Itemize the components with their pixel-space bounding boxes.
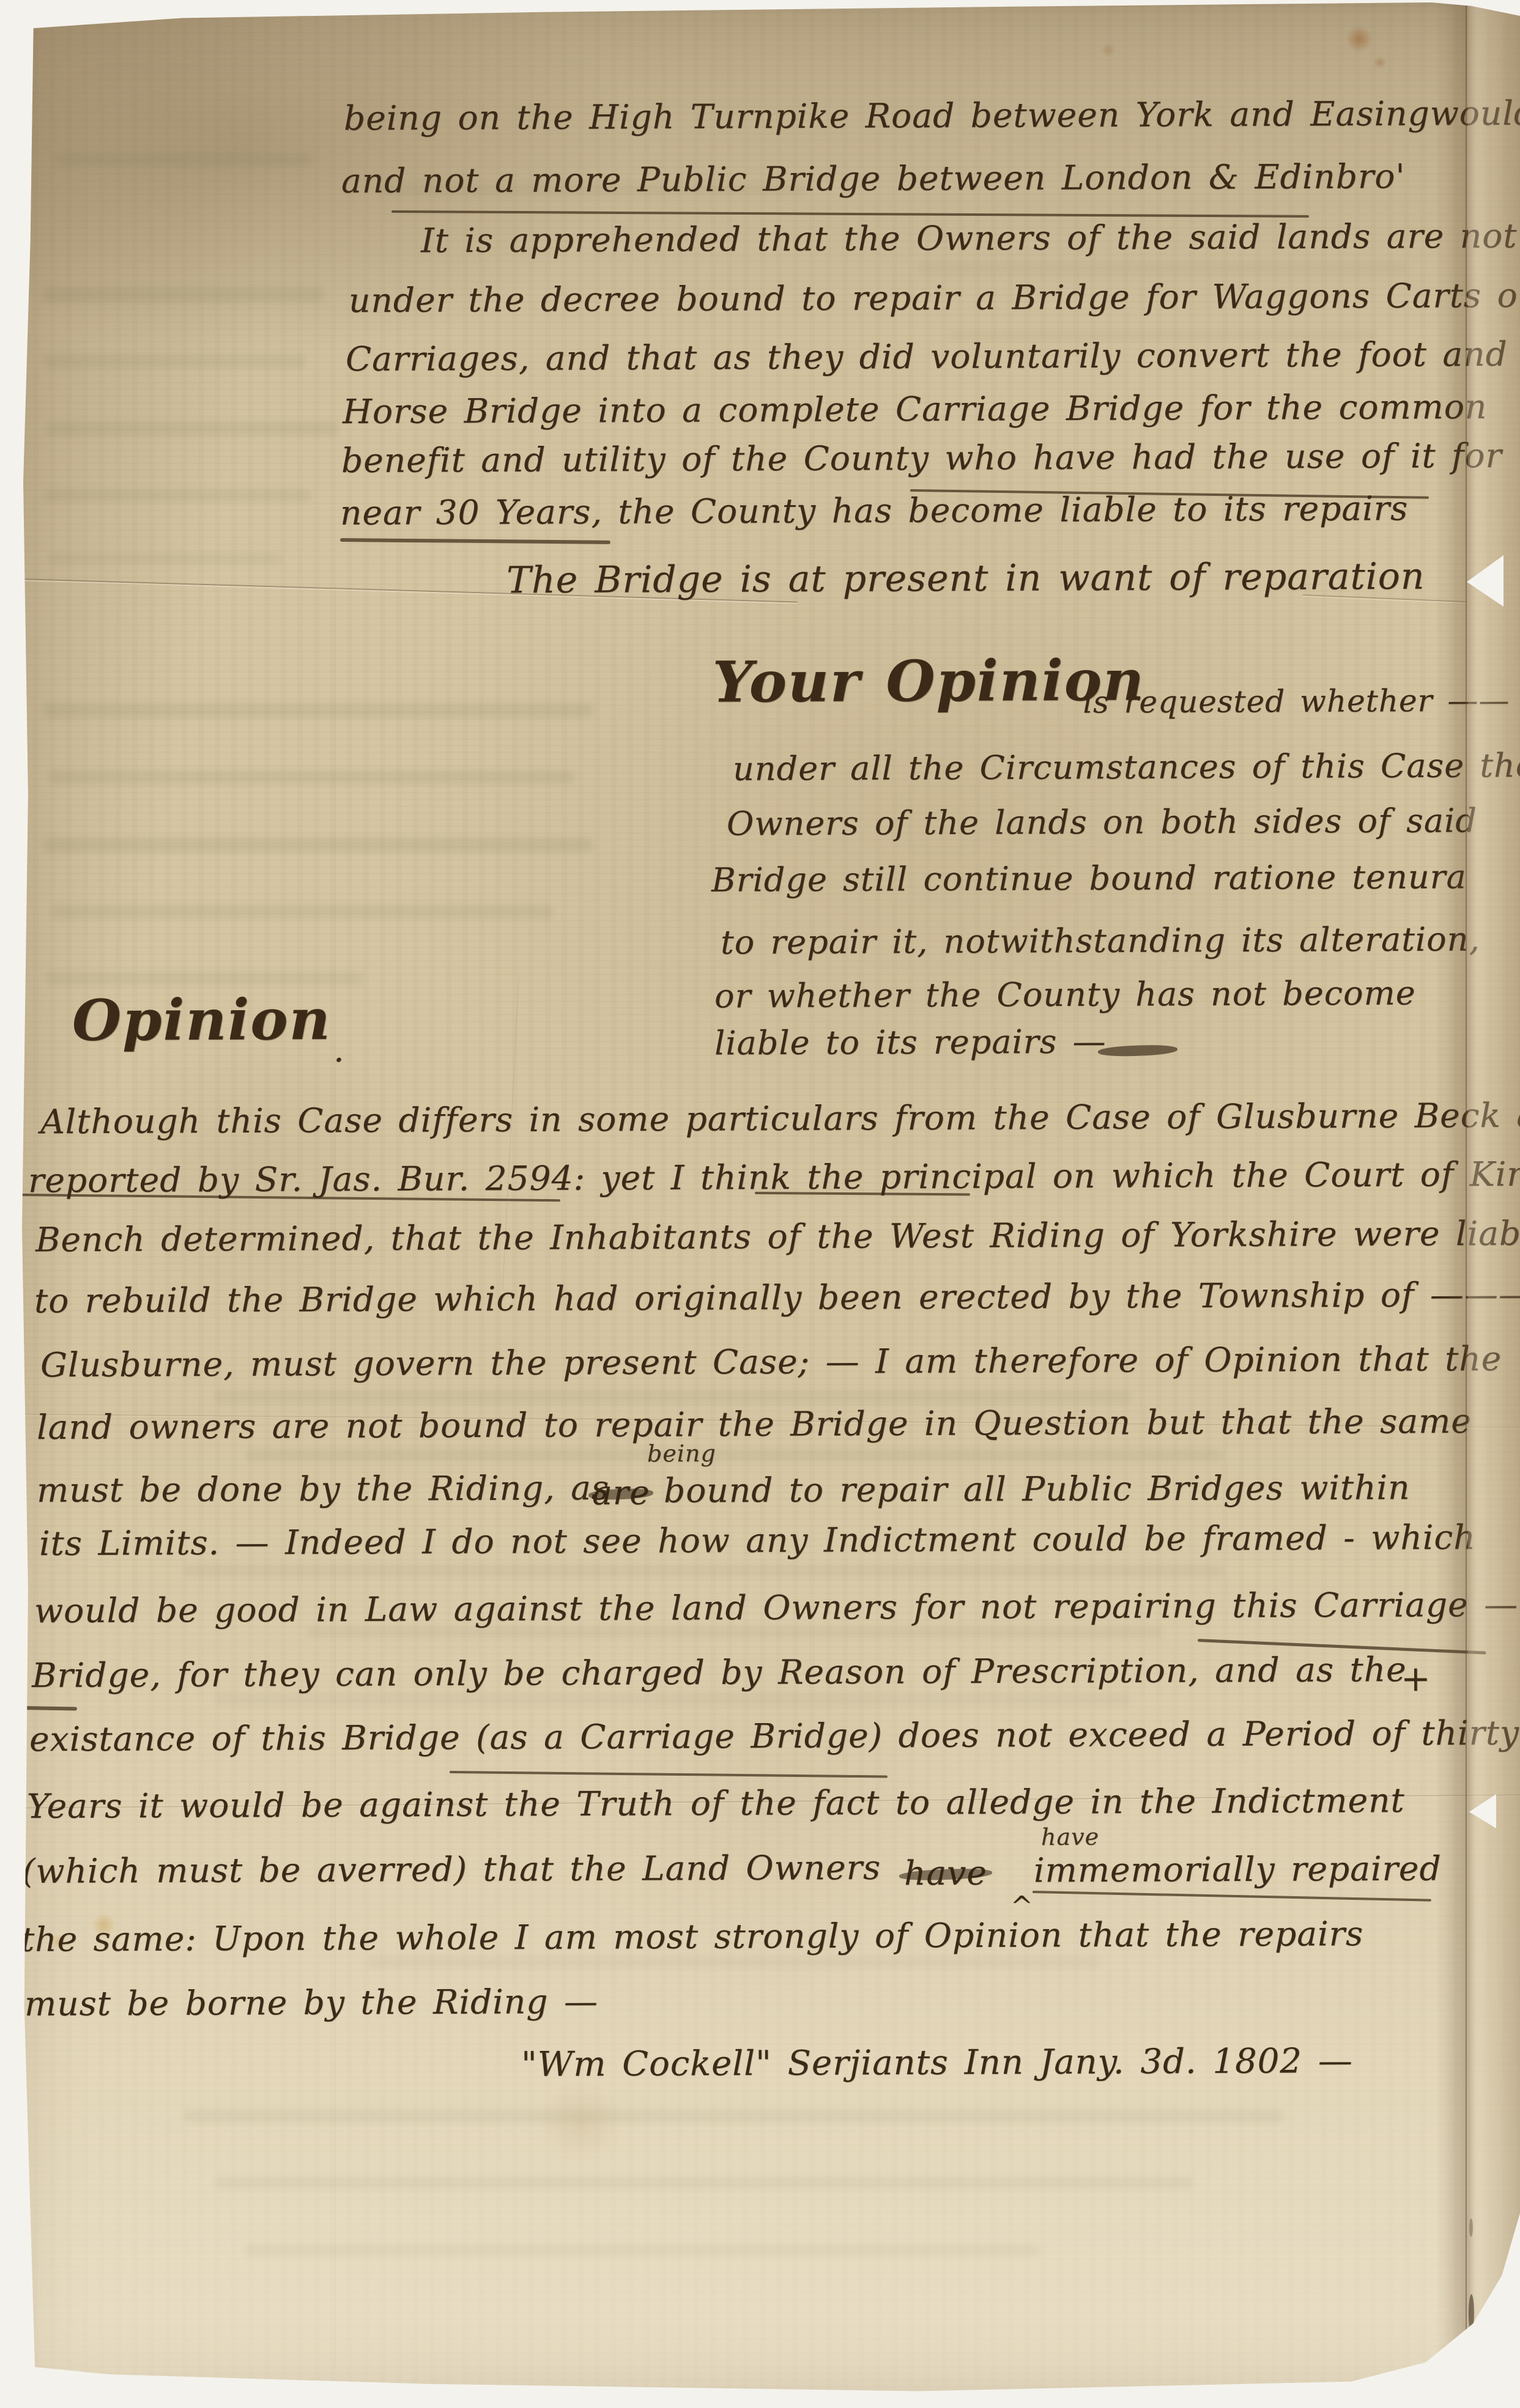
manuscript-line: under the decree bound to repair a Bridg… bbox=[349, 279, 1520, 317]
manuscript-line: Bridge still continue bound ratione tenu… bbox=[711, 860, 1467, 896]
manuscript-line: Carriages, and that as they did voluntar… bbox=[346, 338, 1508, 376]
manuscript-line: . bbox=[333, 1033, 345, 1067]
fold-tear-mark bbox=[1469, 2294, 1474, 2332]
manuscript-line: Although this Case differs in some parti… bbox=[40, 1099, 1520, 1139]
manuscript-line: Bridge, for they can only be charged by … bbox=[32, 1653, 1407, 1693]
manuscript-text-layer: being on the High Turnpike Road between … bbox=[0, 0, 1520, 2408]
inserted-word: have bbox=[1041, 1825, 1099, 1848]
manuscript-line: Years it would be against the Truth of t… bbox=[27, 1784, 1405, 1823]
right-fold-line bbox=[1466, 4, 1468, 2382]
fold-tear-mark bbox=[1469, 2218, 1473, 2237]
manuscript-line: The Bridge is at present in want of repa… bbox=[506, 558, 1425, 599]
manuscript-line: to repair it, notwithstanding its altera… bbox=[721, 923, 1480, 959]
right-fold-shadow bbox=[1437, 0, 1467, 2408]
manuscript-line: its Limits. — Indeed I do not see how an… bbox=[39, 1521, 1476, 1560]
manuscript-line: land owners are not bound to repair the … bbox=[37, 1405, 1472, 1444]
opinion-heading: Opinion bbox=[72, 991, 332, 1049]
manuscript-line: (which must be averred) that the Land Ow… bbox=[22, 1851, 881, 1888]
manuscript-line: being on the High Turnpike Road between … bbox=[344, 97, 1520, 136]
manuscript-line: must be done by the Riding, as bbox=[37, 1471, 609, 1507]
photo-backdrop: being on the High Turnpike Road between … bbox=[0, 0, 1520, 2408]
manuscript-line: must be borne by the Riding — bbox=[24, 1985, 598, 2021]
manuscript-line: under all the Circumstances of this Case… bbox=[733, 749, 1520, 786]
manuscript-line: liable to its repairs — bbox=[714, 1025, 1107, 1060]
manuscript-line: and not a more Public Bridge between Lon… bbox=[341, 160, 1406, 198]
manuscript-line: near 30 Years, the County has become lia… bbox=[340, 492, 1408, 530]
manuscript-line: would be good in Law against the land Ow… bbox=[34, 1588, 1518, 1628]
right-fold-strip bbox=[1468, 0, 1520, 2408]
manuscript-line: immemorially repaired bbox=[1034, 1852, 1442, 1888]
manuscript-line: Owners of the lands on both sides of sai… bbox=[727, 804, 1477, 840]
signature-line: "Wm Cockell" Serjiants Inn Jany. 3d. 180… bbox=[521, 2044, 1353, 2082]
struck-word: are bbox=[592, 1476, 650, 1510]
your-opinion-heading: Your Opinion bbox=[713, 652, 1145, 710]
manuscript-line: Horse Bridge into a complete Carriage Br… bbox=[343, 390, 1488, 429]
inserted-word: being bbox=[647, 1442, 716, 1465]
manuscript-line: benefit and utility of the County who ha… bbox=[341, 439, 1502, 478]
manuscript-line: or whether the County has not become bbox=[714, 977, 1416, 1013]
manuscript-line: bound to repair all Public Bridges withi… bbox=[664, 1471, 1411, 1507]
manuscript-line: the same: Upon the whole I am most stron… bbox=[21, 1917, 1363, 1957]
struck-word: have bbox=[904, 1856, 987, 1891]
manuscript-line: reported by Sr. Jas. Bur. 2594: yet I th… bbox=[28, 1157, 1520, 1197]
plus-mark: + bbox=[1401, 1661, 1431, 1696]
paper: being on the High Turnpike Road between … bbox=[0, 0, 1520, 2408]
manuscript-line: existance of this Bridge (as a Carriage … bbox=[29, 1716, 1519, 1757]
manuscript-line: Glusburne, must govern the present Case;… bbox=[40, 1342, 1502, 1382]
manuscript-line: Bench determined, that the Inhabitants o… bbox=[35, 1217, 1520, 1257]
manuscript-line: to rebuild the Bridge which had original… bbox=[34, 1278, 1520, 1318]
manuscript-line: It is apprehended that the Owners of the… bbox=[421, 219, 1520, 258]
